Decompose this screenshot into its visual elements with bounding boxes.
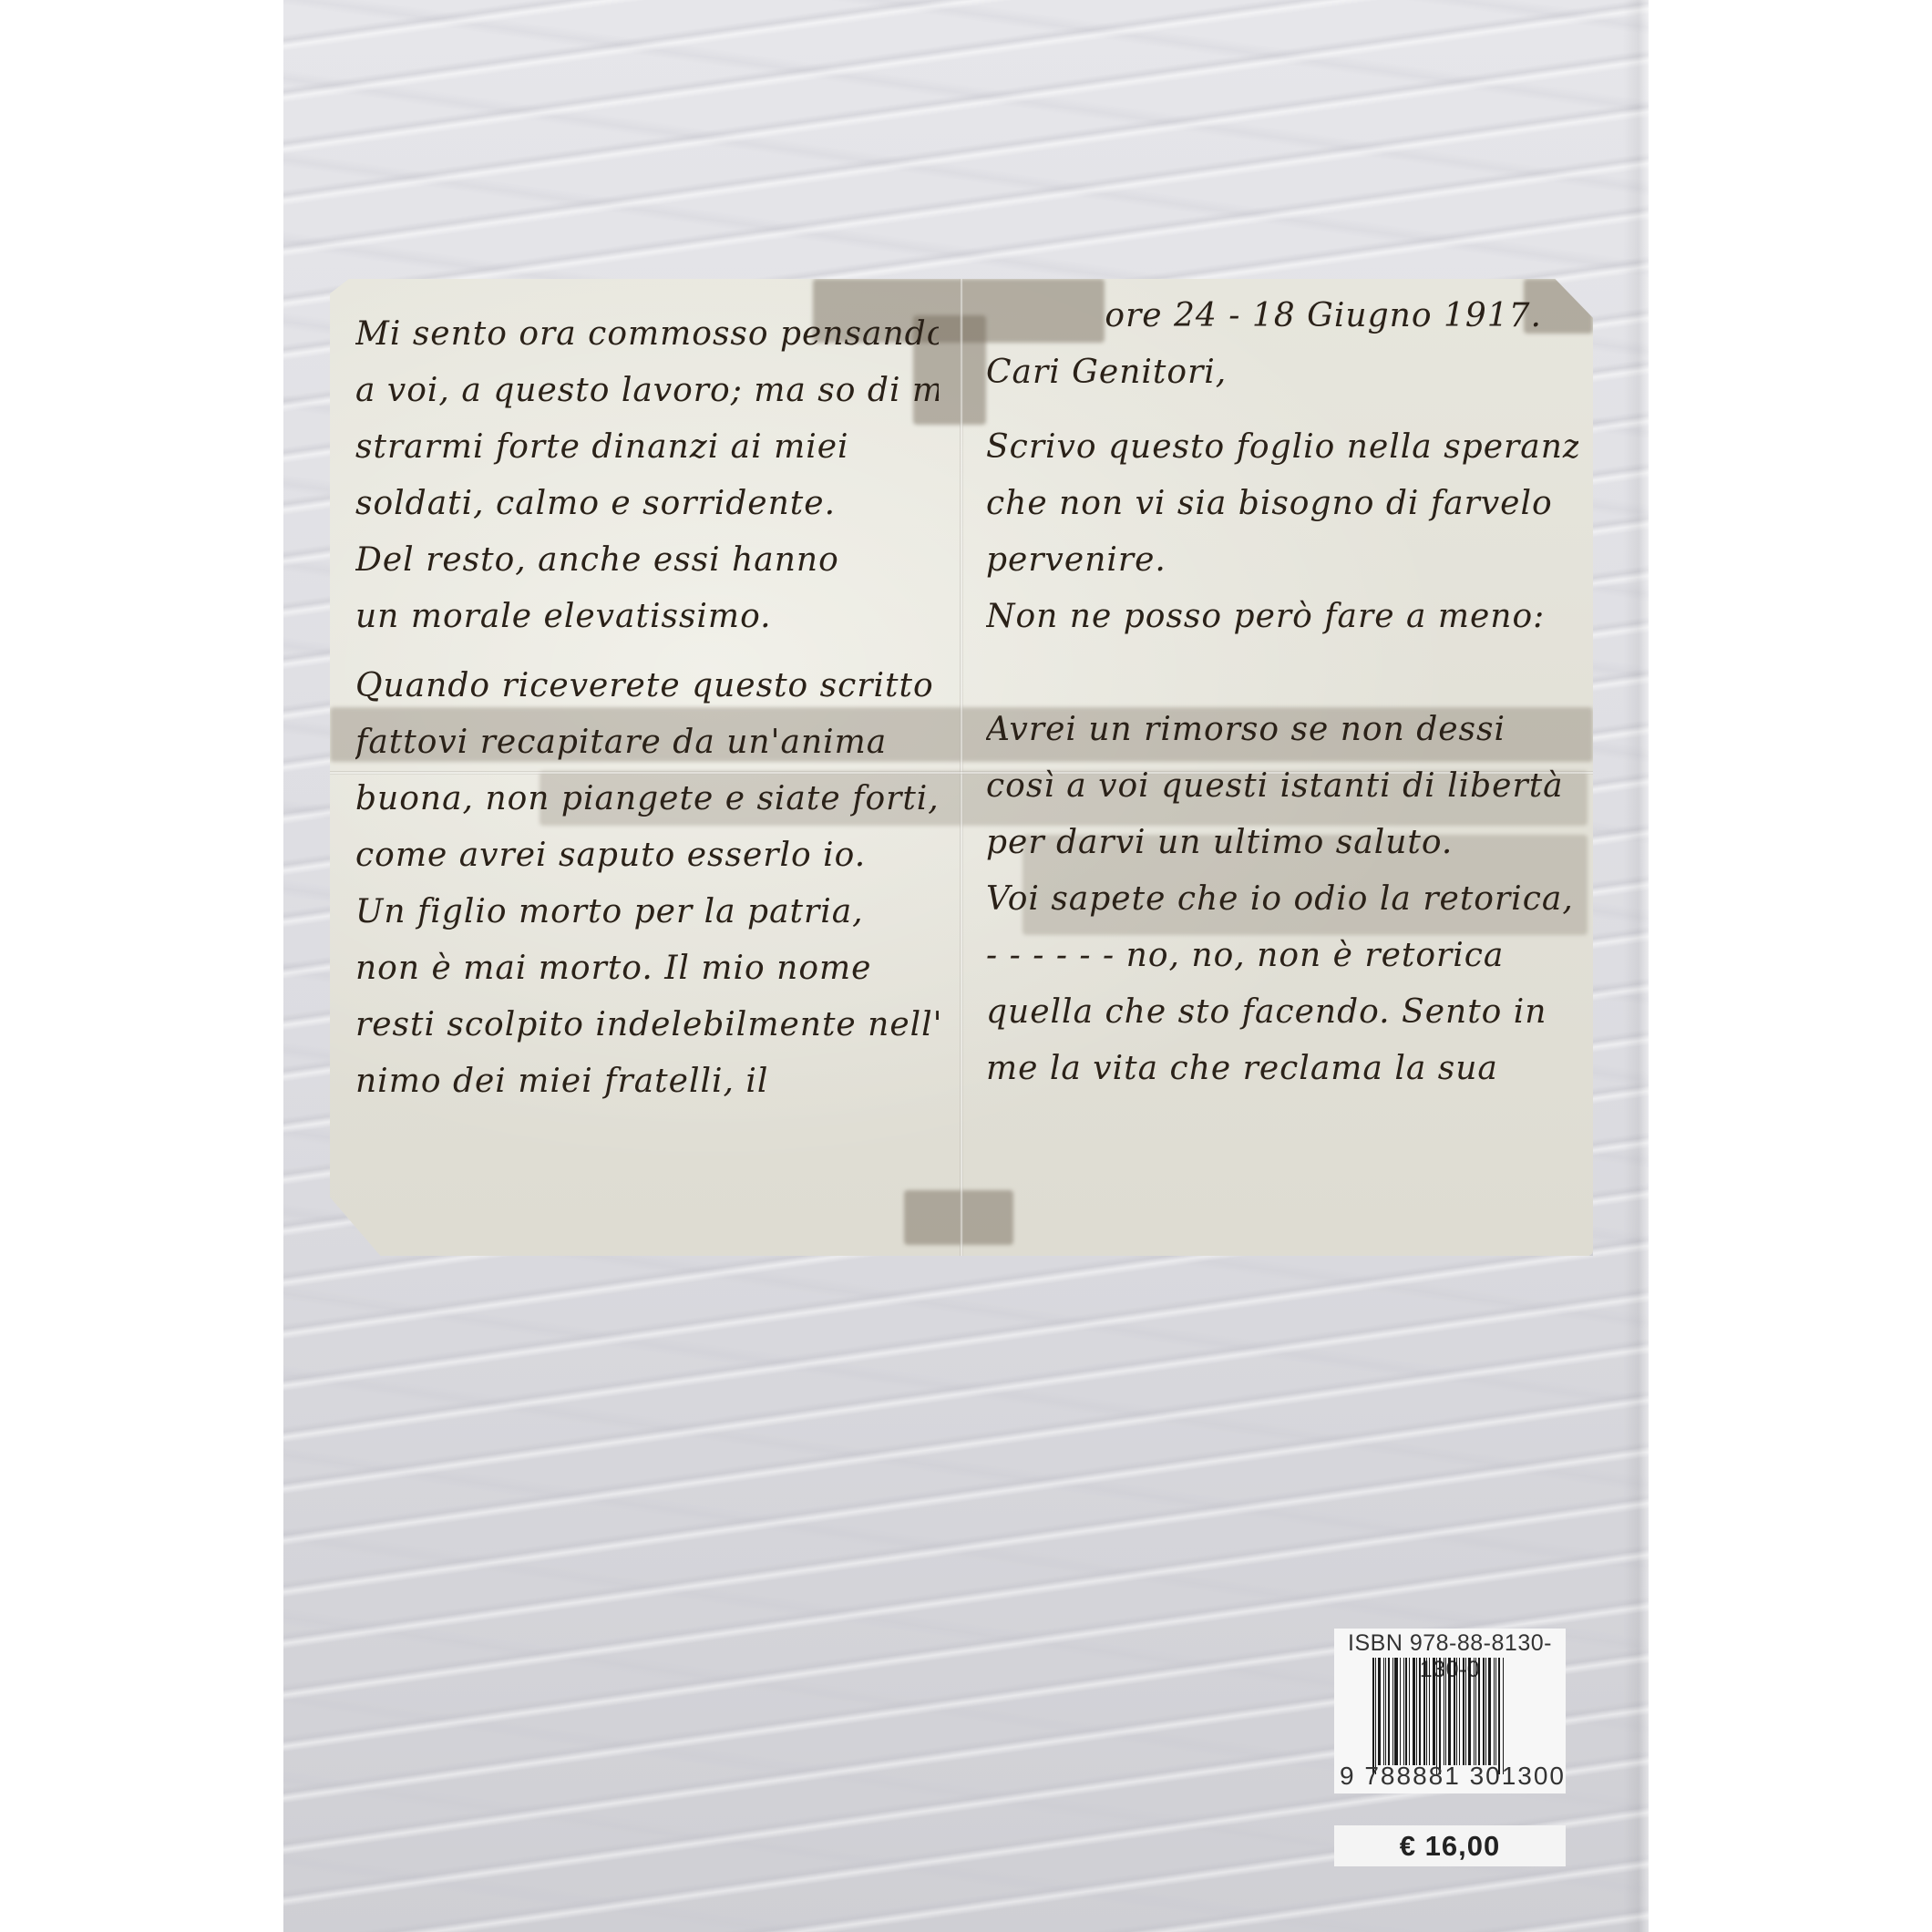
barcode-bar: [1463, 1658, 1464, 1765]
barcode-bar: [1488, 1658, 1491, 1765]
barcode-bar: [1494, 1658, 1495, 1765]
price-text: € 16,00: [1400, 1830, 1500, 1863]
letter-line: Quando riceverete questo scritto: [355, 658, 939, 714]
barcode-bar: [1433, 1658, 1435, 1765]
letter-left-page: Mi sento ora commosso pensando a voi, a …: [355, 306, 939, 1110]
barcode-bar: [1416, 1658, 1417, 1765]
barcode-bar: [1454, 1658, 1455, 1765]
barcode-bar: [1388, 1658, 1390, 1765]
letter-line: fattovi recapitare da un'anima: [355, 714, 939, 771]
barcode-bar: [1456, 1658, 1457, 1765]
letter-line: quella che sto facendo. Sento in: [986, 984, 1578, 1041]
barcode-bar: [1426, 1658, 1427, 1765]
letter-line: non è mai morto. Il mio nome: [355, 940, 939, 997]
barcode-bar: [1445, 1658, 1446, 1765]
tape-stain: [904, 1190, 1013, 1245]
barcode-bar: [1459, 1658, 1460, 1765]
barcode-bar: [1468, 1658, 1471, 1765]
fold-crease-vertical: [960, 279, 963, 1256]
letter-line: Non ne posso però fare a meno:: [986, 589, 1578, 645]
letter-line: Un figlio morto per la patria,: [355, 884, 939, 940]
letter-greeting: Cari Genitori,: [986, 344, 1578, 401]
letter-line: me la vita che reclama la sua: [986, 1041, 1578, 1097]
letter-line: Avrei un rimorso se non dessi: [986, 702, 1578, 758]
barcode-bar: [1400, 1658, 1401, 1765]
barcode-bar: [1444, 1658, 1444, 1765]
barcode-bar: [1498, 1658, 1500, 1774]
barcode-digits: 9 788881 301300: [1334, 1762, 1571, 1791]
letter-line: un morale elevatissimo.: [355, 589, 939, 645]
barcode-bar: [1485, 1658, 1486, 1765]
barcode-bar: [1478, 1658, 1480, 1765]
letter-line: - - - - - - no, no, non è retorica: [986, 928, 1578, 984]
letter-line: resti scolpito indelebilmente nell'a-: [355, 997, 939, 1053]
letter-line: Del resto, anche essi hanno: [355, 532, 939, 589]
letter-line: Scrivo questo foglio nella speranza: [986, 419, 1578, 476]
barcode-bar: [1405, 1658, 1407, 1765]
letter-line: così a voi questi istanti di libertà: [986, 758, 1578, 815]
letter-line: nimo dei miei fratelli, il: [355, 1053, 939, 1110]
barcode-bar: [1385, 1658, 1386, 1765]
letter-right-page: ore 24 - 18 Giugno 1917. Cari Genitori, …: [986, 288, 1578, 1097]
letter-line: pervenire.: [986, 532, 1578, 589]
letter-date: ore 24 - 18 Giugno 1917.: [986, 288, 1578, 344]
barcode-bar: [1372, 1658, 1374, 1774]
barcode-bar: [1475, 1658, 1476, 1765]
barcode-bar: [1423, 1658, 1425, 1765]
barcode-bar: [1436, 1658, 1437, 1774]
handwritten-letter-photo: Mi sento ora commosso pensando a voi, a …: [330, 279, 1593, 1256]
barcode-bar: [1419, 1658, 1421, 1765]
barcode-bar: [1403, 1658, 1404, 1765]
barcode-bar: [1413, 1658, 1415, 1765]
letter-line: buona, non piangete e siate forti,: [355, 771, 939, 827]
barcode-bar: [1495, 1658, 1496, 1765]
isbn-barcode-label: ISBN 978-88-8130-130-0 9 788881 301300: [1334, 1629, 1566, 1793]
letter-line: a voi, a questo lavoro; ma so di mo-: [355, 363, 939, 419]
cover-spine-edge: [1623, 0, 1649, 1932]
barcode-bar: [1483, 1658, 1485, 1765]
letter-line: che non vi sia bisogno di farvelo: [986, 476, 1578, 532]
letter-line: come avrei saputo esserlo io.: [355, 827, 939, 884]
barcode-bar: [1448, 1658, 1451, 1765]
letter-line: [986, 645, 1578, 702]
barcode-bar: [1392, 1658, 1393, 1765]
letter-line: per darvi un ultimo saluto.: [986, 815, 1578, 871]
letter-line: soldati, calmo e sorridente.: [355, 476, 939, 532]
letter-line: Mi sento ora commosso pensando: [355, 306, 939, 363]
barcode-bar: [1474, 1658, 1475, 1765]
barcode-bar: [1439, 1658, 1441, 1774]
letter-line: Voi sapete che io odio la retorica,: [986, 871, 1578, 928]
barcode-bar: [1429, 1658, 1430, 1765]
barcode-bar: [1503, 1658, 1504, 1774]
letter-line: strarmi forte dinanzi ai miei: [355, 419, 939, 476]
barcode-icon: [1372, 1658, 1555, 1774]
barcode-bar: [1378, 1658, 1381, 1765]
book-back-cover: Mi sento ora commosso pensando a voi, a …: [283, 0, 1649, 1932]
price-label: € 16,00: [1334, 1825, 1566, 1866]
barcode-bar: [1375, 1658, 1376, 1774]
barcode-bar: [1394, 1658, 1398, 1765]
barcode-bar: [1465, 1658, 1466, 1765]
barcode-bar: [1383, 1658, 1384, 1765]
barcode-bar: [1409, 1658, 1410, 1765]
